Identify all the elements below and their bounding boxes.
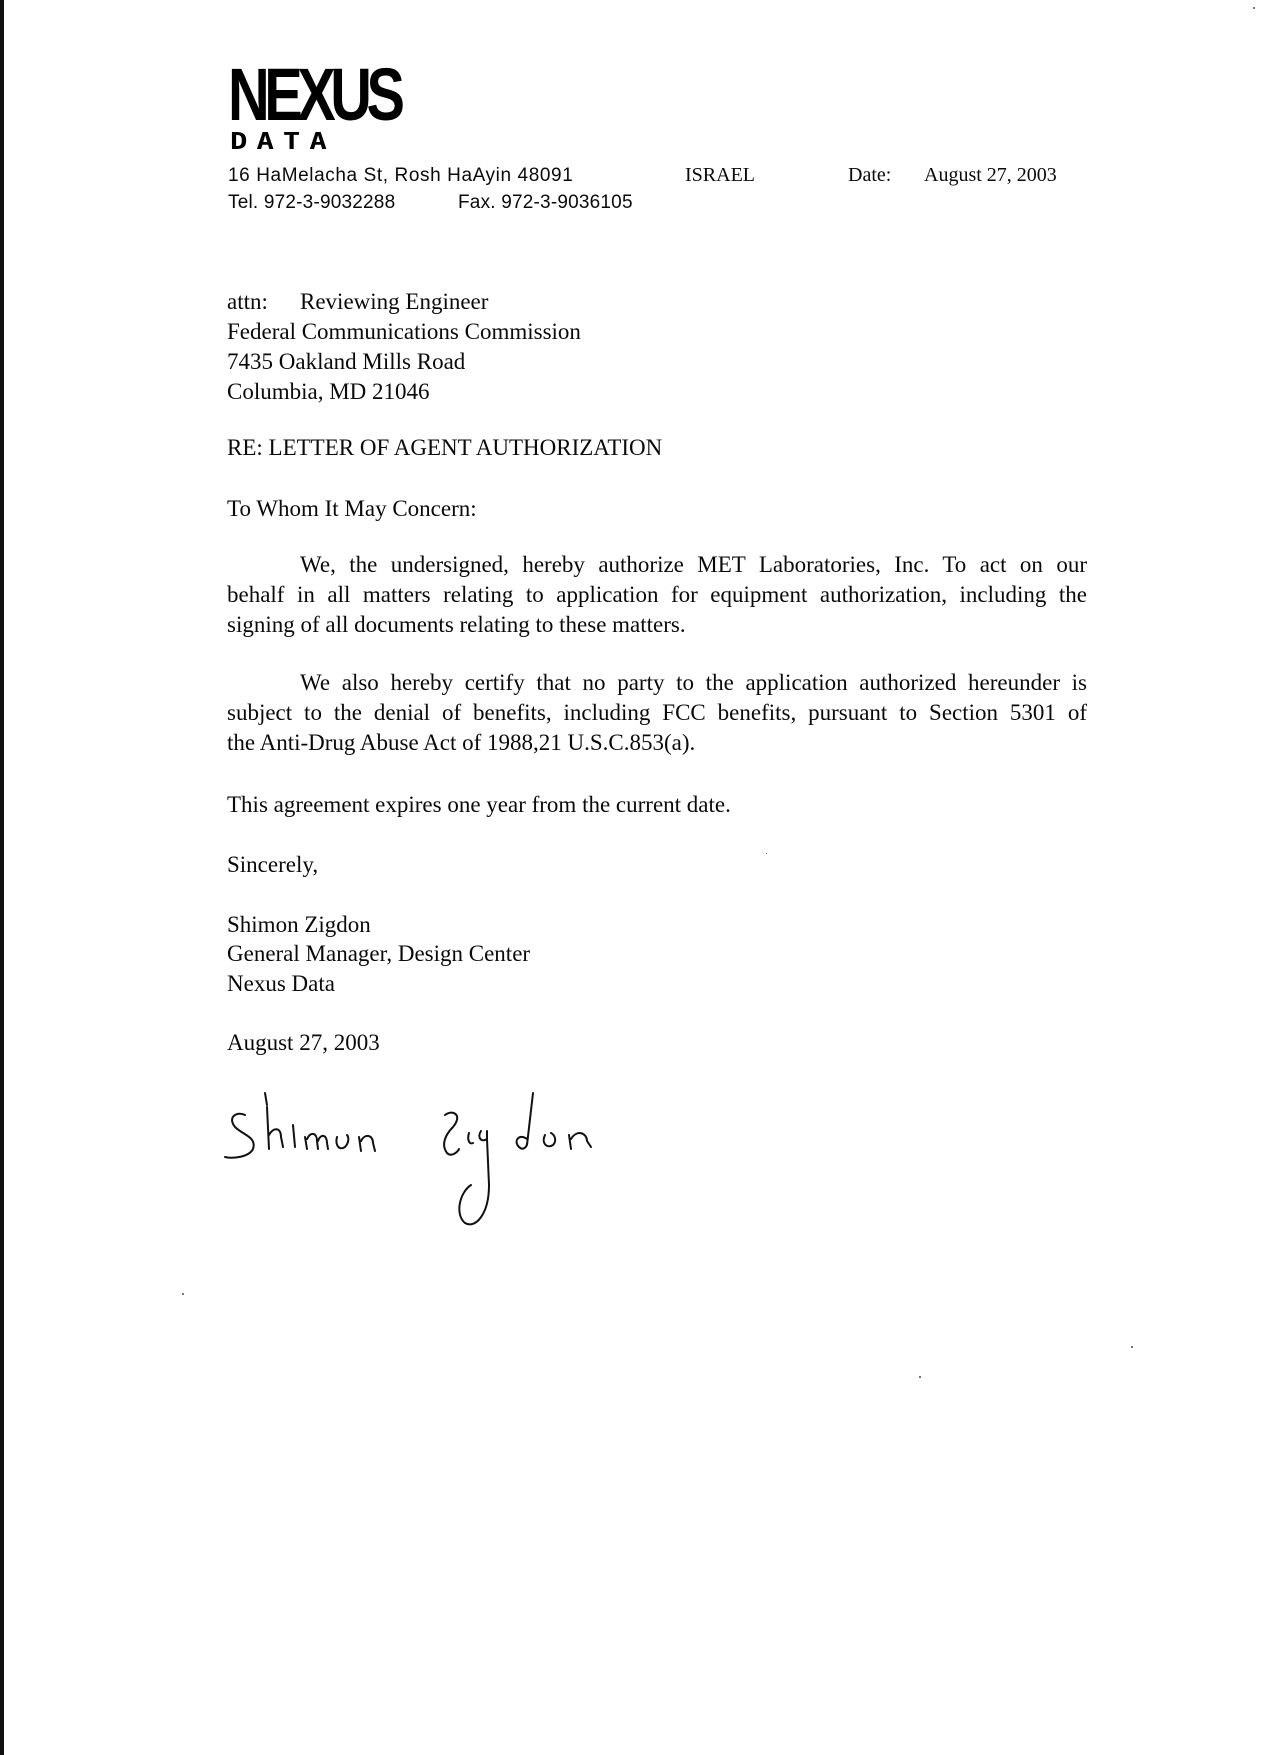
recipient-line: Federal Communications Commission: [227, 320, 581, 343]
signatory-title: General Manager, Design Center: [227, 942, 530, 965]
paragraph-line: behalf in all matters relating to applic…: [227, 580, 1087, 610]
paragraph-line: signing of all documents relating to the…: [227, 610, 1087, 640]
company-tel: Tel. 972-3-9032288: [228, 193, 395, 212]
paragraph-line: the Anti-Drug Abuse Act of 1988,21 U.S.C…: [227, 728, 1087, 758]
signatory-company: Nexus Data: [227, 972, 335, 995]
company-address: 16 HaMelacha St, Rosh HaAyin 48091: [228, 166, 573, 185]
paragraph-line: We also hereby certify that no party to …: [227, 668, 1087, 698]
paragraph-line: subject to the denial of benefits, inclu…: [227, 698, 1087, 728]
signatory-name: Shimon Zigdon: [227, 913, 371, 936]
body-paragraph-2: We also hereby certify that no party to …: [227, 668, 1087, 758]
company-logo: NEXUS DATA: [228, 60, 418, 160]
logo-wordmark-nexus: NEXUS: [228, 60, 400, 130]
subject-line: RE: LETTER OF AGENT AUTHORIZATION: [227, 436, 662, 459]
company-fax: Fax. 972-3-9036105: [458, 193, 633, 212]
recipient-line: 7435 Oakland Mills Road: [227, 350, 465, 373]
letter-page: NEXUS DATA 16 HaMelacha St, Rosh HaAyin …: [0, 0, 1275, 1755]
attn-value: Reviewing Engineer: [300, 290, 488, 313]
logo-wordmark-data: DATA: [230, 130, 336, 153]
attn-label: attn:: [227, 290, 268, 313]
signature-date: August 27, 2003: [227, 1031, 380, 1054]
body-paragraph-3: This agreement expires one year from the…: [227, 793, 731, 816]
closing: Sincerely,: [227, 853, 318, 876]
company-country: ISRAEL: [685, 165, 755, 185]
scan-speck: [766, 853, 767, 854]
scan-speck: [182, 1293, 184, 1295]
letter-date: August 27, 2003: [924, 165, 1057, 185]
scan-speck: [1253, 7, 1255, 9]
handwritten-signature: [215, 1085, 635, 1235]
date-label: Date:: [848, 165, 891, 185]
body-paragraph-1: We, the undersigned, hereby authorize ME…: [227, 550, 1087, 640]
scan-edge: [0, 0, 4, 1755]
paragraph-line: We, the undersigned, hereby authorize ME…: [227, 550, 1087, 580]
scan-speck: [919, 1376, 921, 1378]
recipient-line: Columbia, MD 21046: [227, 380, 430, 403]
scan-speck: [1131, 1346, 1133, 1348]
salutation: To Whom It May Concern:: [227, 497, 477, 520]
